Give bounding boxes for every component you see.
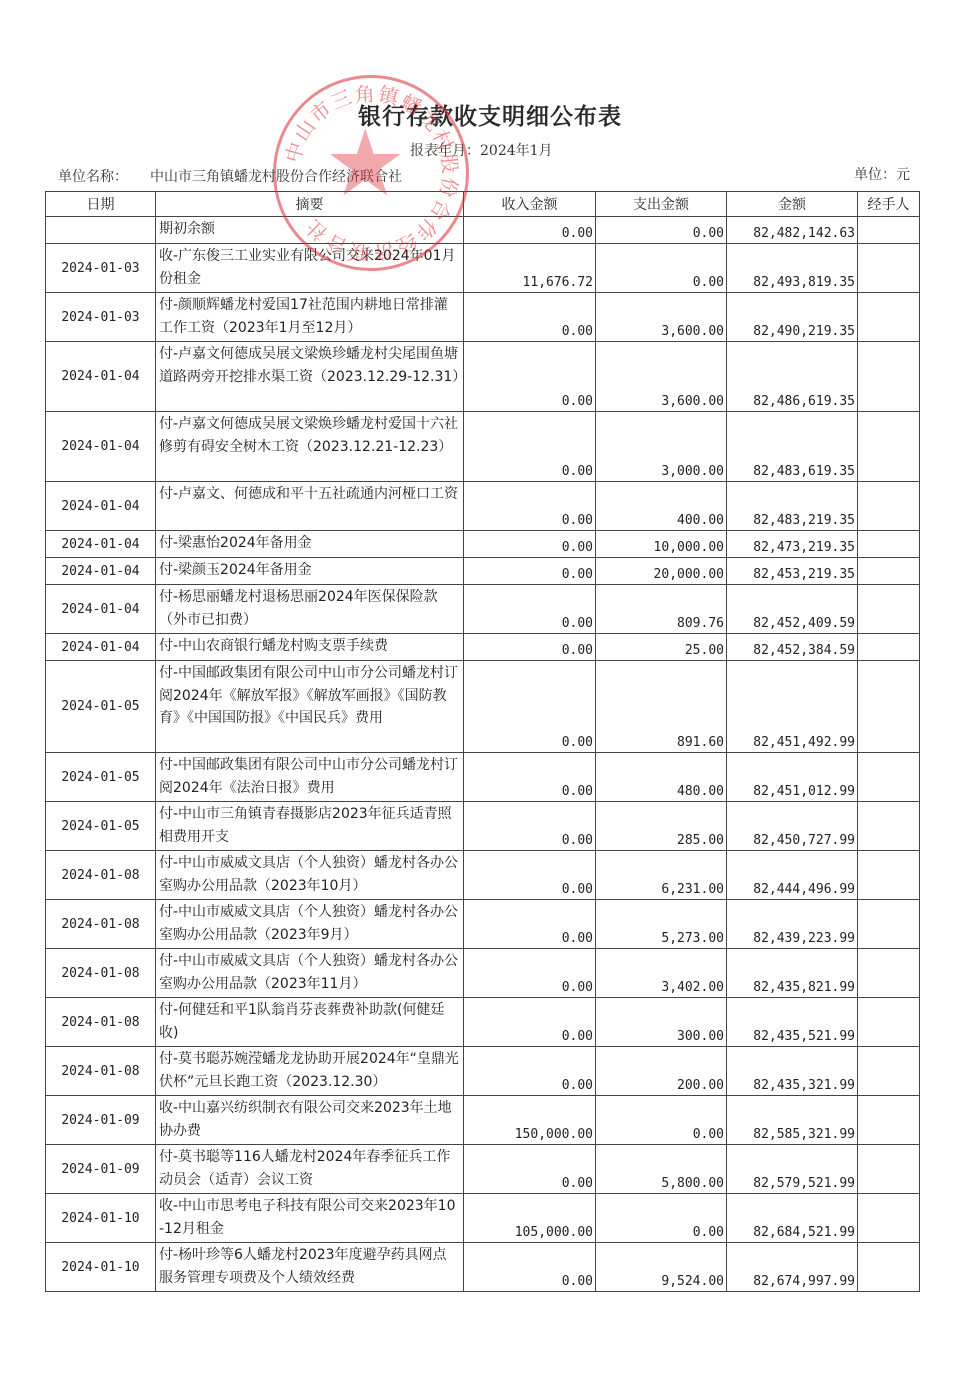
cell-income: 0.00 xyxy=(464,531,596,558)
cell-income: 0.00 xyxy=(464,900,596,949)
cell-summary: 付-中国邮政集团有限公司中山市分公司蟠龙村订阅2024年《法治日报》费用 xyxy=(156,753,464,802)
cell-income: 0.00 xyxy=(464,998,596,1047)
cell-date: 2024-01-04 xyxy=(46,531,156,558)
cell-summary: 付-莫书聪等116人蟠龙村2024年春季征兵工作动员会（适青）会议工资 xyxy=(156,1145,464,1194)
cell-summary: 付-何健廷和平1队翁肖芬丧葬费补助款(何健廷收) xyxy=(156,998,464,1047)
cell-expense: 809.76 xyxy=(596,585,727,634)
cell-income: 0.00 xyxy=(464,482,596,531)
cell-handler xyxy=(858,585,920,634)
cell-income: 0.00 xyxy=(464,753,596,802)
column-header-balance: 金额 xyxy=(727,192,858,217)
cell-expense: 891.60 xyxy=(596,661,727,753)
cell-expense: 3,600.00 xyxy=(596,342,727,412)
organization: 单位名称：中山市三角镇蟠龙村股份合作经济联合社 xyxy=(58,166,402,186)
column-header-summary: 摘要 xyxy=(156,192,464,217)
table-row: 2024-01-04付-梁颜玉2024年备用金0.0020,000.0082,4… xyxy=(46,558,920,585)
cell-balance: 82,453,219.35 xyxy=(727,558,858,585)
cell-income: 0.00 xyxy=(464,634,596,661)
cell-handler xyxy=(858,1145,920,1194)
cell-expense: 3,000.00 xyxy=(596,412,727,482)
cell-handler xyxy=(858,293,920,342)
cell-handler xyxy=(858,661,920,753)
cell-expense: 480.00 xyxy=(596,753,727,802)
cell-handler xyxy=(858,1194,920,1243)
cell-balance: 82,451,492.99 xyxy=(727,661,858,753)
cell-expense: 5,800.00 xyxy=(596,1145,727,1194)
cell-summary: 付-中山市威威文具店（个人独资）蟠龙村各办公室购办公用品款（2023年9月） xyxy=(156,900,464,949)
cell-income: 0.00 xyxy=(464,949,596,998)
cell-expense: 10,000.00 xyxy=(596,531,727,558)
cell-expense: 25.00 xyxy=(596,634,727,661)
table-row: 2024-01-03收-广东俊三工业实业有限公司交来2024年01月份租金11,… xyxy=(46,244,920,293)
column-header-income: 收入金额 xyxy=(464,192,596,217)
table-row: 2024-01-04付-卢嘉文何德成吴展文梁焕珍蟠龙村爱国十六社修剪有碍安全树木… xyxy=(46,412,920,482)
cell-income: 0.00 xyxy=(464,1047,596,1096)
cell-expense: 3,600.00 xyxy=(596,293,727,342)
cell-balance: 82,684,521.99 xyxy=(727,1194,858,1243)
cell-handler xyxy=(858,1243,920,1292)
cell-balance: 82,483,219.35 xyxy=(727,482,858,531)
cell-expense: 400.00 xyxy=(596,482,727,531)
table-row: 期初余额0.000.0082,482,142.63 xyxy=(46,217,920,244)
cell-balance: 82,482,142.63 xyxy=(727,217,858,244)
cell-handler xyxy=(858,753,920,802)
cell-balance: 82,444,496.99 xyxy=(727,851,858,900)
cell-date: 2024-01-09 xyxy=(46,1145,156,1194)
cell-expense: 20,000.00 xyxy=(596,558,727,585)
table-row: 2024-01-08付-中山市威威文具店（个人独资）蟠龙村各办公室购办公用品款（… xyxy=(46,949,920,998)
transactions-table: 日期 摘要 收入金额 支出金额 金额 经手人 期初余额0.000.0082,48… xyxy=(45,191,920,1292)
table-row: 2024-01-04付-杨思丽蟠龙村退杨思丽2024年医保保险款（外市已扣费）0… xyxy=(46,585,920,634)
cell-date: 2024-01-04 xyxy=(46,585,156,634)
cell-balance: 82,493,819.35 xyxy=(727,244,858,293)
cell-income: 0.00 xyxy=(464,412,596,482)
table-row: 2024-01-10收-中山市思考电子科技有限公司交来2023年10-12月租金… xyxy=(46,1194,920,1243)
table-row: 2024-01-09付-莫书聪等116人蟠龙村2024年春季征兵工作动员会（适青… xyxy=(46,1145,920,1194)
cell-handler xyxy=(858,412,920,482)
cell-date: 2024-01-10 xyxy=(46,1243,156,1292)
cell-summary: 付-卢嘉文何德成吴展文梁焕珍蟠龙村爱国十六社修剪有碍安全树木工资（2023.12… xyxy=(156,412,464,482)
cell-balance: 82,452,384.59 xyxy=(727,634,858,661)
cell-summary: 付-中山市威威文具店（个人独资）蟠龙村各办公室购办公用品款（2023年11月） xyxy=(156,949,464,998)
cell-date: 2024-01-08 xyxy=(46,998,156,1047)
cell-date: 2024-01-04 xyxy=(46,342,156,412)
table-row: 2024-01-05付-中国邮政集团有限公司中山市分公司蟠龙村订阅2024年《解… xyxy=(46,661,920,753)
cell-expense: 9,524.00 xyxy=(596,1243,727,1292)
cell-summary: 付-颜顺辉蟠龙村爱国17社范围内耕地日常排灌工作工资（2023年1月至12月） xyxy=(156,293,464,342)
cell-handler xyxy=(858,342,920,412)
cell-handler xyxy=(858,1096,920,1145)
cell-date xyxy=(46,217,156,244)
cell-summary: 收-广东俊三工业实业有限公司交来2024年01月份租金 xyxy=(156,244,464,293)
cell-income: 105,000.00 xyxy=(464,1194,596,1243)
cell-date: 2024-01-10 xyxy=(46,1194,156,1243)
table-row: 2024-01-05付-中山市三角镇青春摄影店2023年征兵适青照相费用开支0.… xyxy=(46,802,920,851)
cell-income: 0.00 xyxy=(464,661,596,753)
cell-summary: 付-莫书聪苏婉滢蟠龙龙协助开展2024年“皇鼎光伏杯”元旦长跑工资（2023.1… xyxy=(156,1047,464,1096)
cell-balance: 82,435,521.99 xyxy=(727,998,858,1047)
cell-handler xyxy=(858,802,920,851)
cell-handler xyxy=(858,558,920,585)
report-period-value: 2024年1月 xyxy=(480,143,553,159)
cell-date: 2024-01-05 xyxy=(46,661,156,753)
table-header-row: 日期 摘要 收入金额 支出金额 金额 经手人 xyxy=(46,192,920,217)
organization-label: 单位名称： xyxy=(58,169,128,185)
cell-balance: 82,435,821.99 xyxy=(727,949,858,998)
cell-handler xyxy=(858,949,920,998)
table-row: 2024-01-04付-卢嘉文何德成吴展文梁焕珍蟠龙村尖尾围鱼塘道路两旁开挖排水… xyxy=(46,342,920,412)
column-header-date: 日期 xyxy=(46,192,156,217)
cell-expense: 6,231.00 xyxy=(596,851,727,900)
cell-income: 11,676.72 xyxy=(464,244,596,293)
cell-balance: 82,585,321.99 xyxy=(727,1096,858,1145)
cell-handler xyxy=(858,217,920,244)
report-title: 银行存款收支明细公布表 xyxy=(0,98,980,131)
table-row: 2024-01-10付-杨叶珍等6人蟠龙村2023年度避孕药具网点服务管理专项费… xyxy=(46,1243,920,1292)
cell-expense: 285.00 xyxy=(596,802,727,851)
cell-balance: 82,473,219.35 xyxy=(727,531,858,558)
cell-summary: 付-梁颜玉2024年备用金 xyxy=(156,558,464,585)
cell-handler xyxy=(858,531,920,558)
cell-balance: 82,435,321.99 xyxy=(727,1047,858,1096)
cell-expense: 300.00 xyxy=(596,998,727,1047)
report-period: 报表年月：2024年1月 xyxy=(410,140,553,160)
cell-summary: 付-中山市威威文具店（个人独资）蟠龙村各办公室购办公用品款（2023年10月） xyxy=(156,851,464,900)
cell-income: 150,000.00 xyxy=(464,1096,596,1145)
cell-date: 2024-01-04 xyxy=(46,634,156,661)
cell-expense: 0.00 xyxy=(596,1194,727,1243)
cell-handler xyxy=(858,244,920,293)
cell-date: 2024-01-04 xyxy=(46,482,156,531)
cell-date: 2024-01-08 xyxy=(46,949,156,998)
cell-balance: 82,451,012.99 xyxy=(727,753,858,802)
cell-handler xyxy=(858,851,920,900)
cell-balance: 82,579,521.99 xyxy=(727,1145,858,1194)
column-header-expense: 支出金额 xyxy=(596,192,727,217)
cell-income: 0.00 xyxy=(464,1243,596,1292)
cell-balance: 82,483,619.35 xyxy=(727,412,858,482)
cell-handler xyxy=(858,998,920,1047)
table-row: 2024-01-08付-莫书聪苏婉滢蟠龙龙协助开展2024年“皇鼎光伏杯”元旦长… xyxy=(46,1047,920,1096)
cell-income: 0.00 xyxy=(464,558,596,585)
cell-handler xyxy=(858,900,920,949)
cell-income: 0.00 xyxy=(464,342,596,412)
table-row: 2024-01-08付-中山市威威文具店（个人独资）蟠龙村各办公室购办公用品款（… xyxy=(46,851,920,900)
cell-summary: 付-中山农商银行蟠龙村购支票手续费 xyxy=(156,634,464,661)
cell-handler xyxy=(858,634,920,661)
cell-summary: 期初余额 xyxy=(156,217,464,244)
cell-income: 0.00 xyxy=(464,293,596,342)
table-body: 期初余额0.000.0082,482,142.632024-01-03收-广东俊… xyxy=(46,217,920,1292)
cell-handler xyxy=(858,1047,920,1096)
organization-name: 中山市三角镇蟠龙村股份合作经济联合社 xyxy=(150,169,402,185)
cell-balance: 82,486,619.35 xyxy=(727,342,858,412)
table-row: 2024-01-04付-中山农商银行蟠龙村购支票手续费0.0025.0082,4… xyxy=(46,634,920,661)
cell-summary: 付-中国邮政集团有限公司中山市分公司蟠龙村订阅2024年《解放军报》《解放军画报… xyxy=(156,661,464,753)
cell-expense: 0.00 xyxy=(596,244,727,293)
cell-summary: 付-卢嘉文、何德成和平十五社疏通内河桠口工资 xyxy=(156,482,464,531)
cell-summary: 付-卢嘉文何德成吴展文梁焕珍蟠龙村尖尾围鱼塘道路两旁开挖排水渠工资（2023.1… xyxy=(156,342,464,412)
table-row: 2024-01-03付-颜顺辉蟠龙村爱国17社范围内耕地日常排灌工作工资（202… xyxy=(46,293,920,342)
table-row: 2024-01-05付-中国邮政集团有限公司中山市分公司蟠龙村订阅2024年《法… xyxy=(46,753,920,802)
column-header-handler: 经手人 xyxy=(858,192,920,217)
table-row: 2024-01-08付-何健廷和平1队翁肖芬丧葬费补助款(何健廷收)0.0030… xyxy=(46,998,920,1047)
cell-summary: 收-中山市思考电子科技有限公司交来2023年10-12月租金 xyxy=(156,1194,464,1243)
cell-summary: 付-杨叶珍等6人蟠龙村2023年度避孕药具网点服务管理专项费及个人绩效经费 xyxy=(156,1243,464,1292)
cell-date: 2024-01-08 xyxy=(46,1047,156,1096)
cell-balance: 82,490,219.35 xyxy=(727,293,858,342)
table-row: 2024-01-04付-卢嘉文、何德成和平十五社疏通内河桠口工资0.00400.… xyxy=(46,482,920,531)
cell-expense: 5,273.00 xyxy=(596,900,727,949)
cell-income: 0.00 xyxy=(464,217,596,244)
table-row: 2024-01-09收-中山嘉兴纺织制衣有限公司交来2023年土地协办费150,… xyxy=(46,1096,920,1145)
cell-expense: 0.00 xyxy=(596,217,727,244)
cell-income: 0.00 xyxy=(464,1145,596,1194)
cell-balance: 82,674,997.99 xyxy=(727,1243,858,1292)
cell-date: 2024-01-04 xyxy=(46,558,156,585)
cell-summary: 付-梁惠怡2024年备用金 xyxy=(156,531,464,558)
cell-date: 2024-01-03 xyxy=(46,244,156,293)
cell-date: 2024-01-05 xyxy=(46,753,156,802)
cell-summary: 付-中山市三角镇青春摄影店2023年征兵适青照相费用开支 xyxy=(156,802,464,851)
currency-unit: 单位：元 xyxy=(854,164,910,184)
cell-summary: 收-中山嘉兴纺织制衣有限公司交来2023年土地协办费 xyxy=(156,1096,464,1145)
cell-summary: 付-杨思丽蟠龙村退杨思丽2024年医保保险款（外市已扣费） xyxy=(156,585,464,634)
cell-expense: 0.00 xyxy=(596,1096,727,1145)
cell-date: 2024-01-09 xyxy=(46,1096,156,1145)
cell-date: 2024-01-03 xyxy=(46,293,156,342)
cell-date: 2024-01-08 xyxy=(46,900,156,949)
cell-income: 0.00 xyxy=(464,802,596,851)
cell-date: 2024-01-04 xyxy=(46,412,156,482)
table-row: 2024-01-08付-中山市威威文具店（个人独资）蟠龙村各办公室购办公用品款（… xyxy=(46,900,920,949)
cell-date: 2024-01-08 xyxy=(46,851,156,900)
cell-balance: 82,439,223.99 xyxy=(727,900,858,949)
cell-expense: 200.00 xyxy=(596,1047,727,1096)
cell-balance: 82,452,409.59 xyxy=(727,585,858,634)
cell-date: 2024-01-05 xyxy=(46,802,156,851)
cell-balance: 82,450,727.99 xyxy=(727,802,858,851)
cell-income: 0.00 xyxy=(464,851,596,900)
cell-income: 0.00 xyxy=(464,585,596,634)
cell-handler xyxy=(858,482,920,531)
report-period-label: 报表年月： xyxy=(410,143,480,159)
table-row: 2024-01-04付-梁惠怡2024年备用金0.0010,000.0082,4… xyxy=(46,531,920,558)
cell-expense: 3,402.00 xyxy=(596,949,727,998)
